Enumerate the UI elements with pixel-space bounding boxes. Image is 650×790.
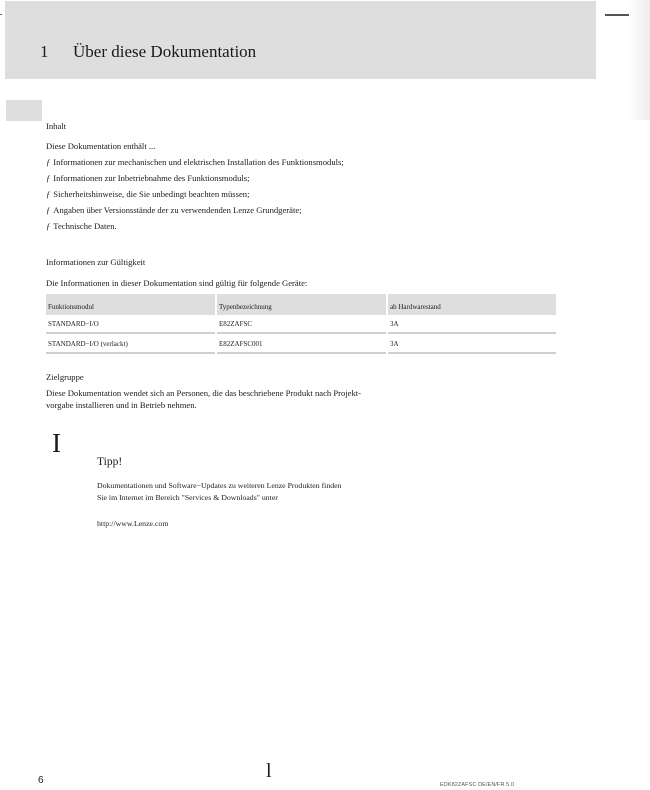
column-header: Typenbezeichnung: [217, 294, 386, 315]
chapter-title: Über diese Dokumentation: [73, 42, 256, 62]
margin-rule: [605, 14, 629, 16]
section-heading-gueltigkeit: Informationen zur Gültigkeit: [46, 257, 145, 268]
section-heading-zielgruppe: Zielgruppe: [46, 372, 84, 383]
bullet-icon: ƒ: [46, 221, 50, 231]
column-header: Funktionsmodul: [46, 294, 215, 315]
crop-mark: [0, 14, 2, 15]
list-item: ƒSicherheitshinweise, die Sie unbedingt …: [46, 189, 249, 200]
chapter-number: 1: [40, 42, 49, 62]
table-cell: 3A: [388, 316, 556, 334]
zielgruppe-line: vorgabe installieren und in Betrieb nehm…: [46, 400, 197, 411]
tip-line: Sie im Internet im Bereich "Services & D…: [97, 492, 278, 503]
inhalt-intro: Diese Dokumentation enthält ...: [46, 141, 155, 152]
gueltigkeit-intro: Die Informationen in dieser Dokumentatio…: [46, 278, 307, 289]
list-item: ƒInformationen zur mechanischen und elek…: [46, 157, 344, 168]
tip-link[interactable]: http://www.Lenze.com: [97, 518, 168, 529]
table-row: STANDARD−I/O E82ZAFSC 3A: [46, 316, 556, 334]
document-id: EDK82ZAFSC DE/EN/FR 5.0: [440, 782, 514, 788]
chapter-header-band: [5, 1, 596, 79]
page-edge-shadow: [628, 0, 650, 120]
table-header-row: Funktionsmodul Typenbezeichnung ab Hardw…: [46, 294, 556, 312]
bullet-icon: ƒ: [46, 173, 50, 183]
page-number: 6: [38, 775, 44, 786]
tip-icon: I: [52, 428, 61, 458]
table-cell: STANDARD−I/O: [46, 316, 215, 334]
chapter-mark: l: [266, 760, 272, 783]
tip-line: Dokumentationen und Software−Updates zu …: [97, 480, 342, 491]
list-item: ƒInformationen zur Inbetriebnahme des Fu…: [46, 173, 249, 184]
table-row: STANDARD−I/O (verlackt) E82ZAFSC001 3A: [46, 336, 556, 354]
table-cell: E82ZAFSC: [217, 316, 386, 334]
section-heading-inhalt: Inhalt: [46, 121, 66, 132]
list-item: ƒTechnische Daten.: [46, 221, 117, 232]
bullet-icon: ƒ: [46, 157, 50, 167]
column-header: ab Hardwarestand: [388, 294, 556, 315]
table-cell: STANDARD−I/O (verlackt): [46, 336, 215, 354]
bullet-icon: ƒ: [46, 205, 50, 215]
bullet-icon: ƒ: [46, 189, 50, 199]
margin-marker: [6, 100, 42, 121]
table-cell: E82ZAFSC001: [217, 336, 386, 354]
list-item: ƒAngaben über Versionsstände der zu verw…: [46, 205, 302, 216]
table-cell: 3A: [388, 336, 556, 354]
document-page: 1 Über diese Dokumentation Inhalt Diese …: [0, 0, 650, 790]
tip-title: Tipp!: [97, 456, 122, 468]
zielgruppe-line: Diese Dokumentation wendet sich an Perso…: [46, 388, 361, 399]
